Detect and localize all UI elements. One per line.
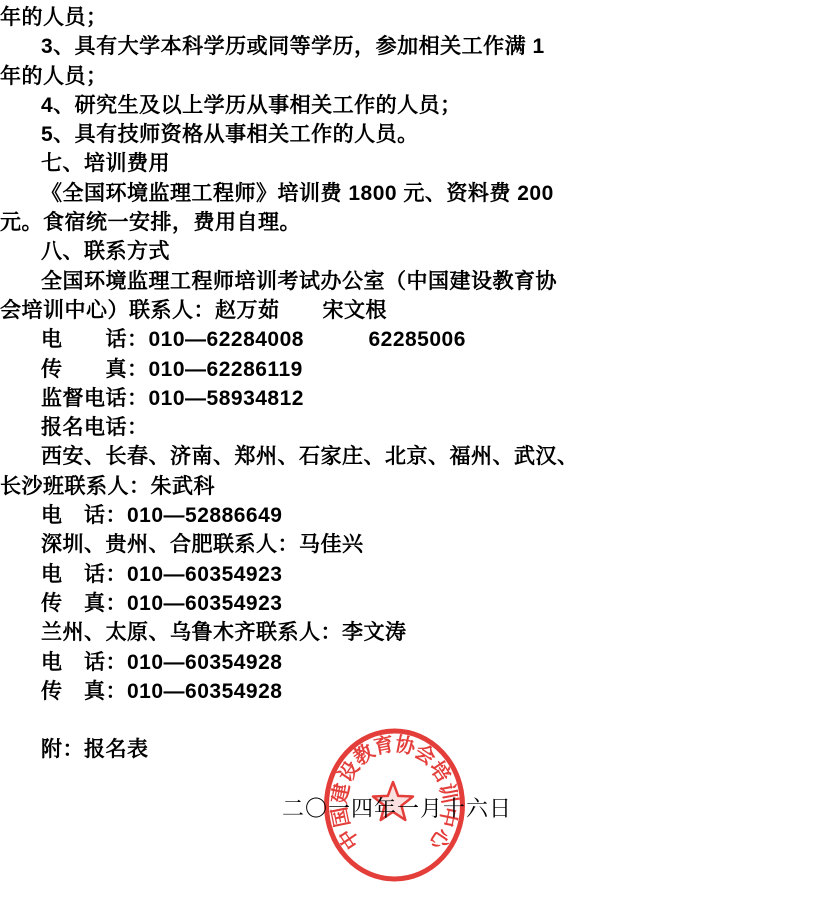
- text-line: 年的人员；: [0, 3, 819, 32]
- text-line: 深圳、贵州、合肥联系人：马佳兴: [0, 530, 819, 559]
- text-line: 电 话：010—60354923: [0, 560, 819, 589]
- text-line: 3、具有大学本科学历或同等学历，参加相关工作满 1: [0, 32, 819, 61]
- text-line: 长沙班联系人：朱武科: [0, 472, 819, 501]
- text-line: 西安、长春、济南、郑州、石家庄、北京、福州、武汉、: [0, 442, 819, 471]
- text-line: 会培训中心）联系人：赵万茹 宋文根: [0, 296, 819, 325]
- document-page: 中国建设教育协会培训中心 年的人员；3、具有大学本科学历或同等学历，参加相关工作…: [0, 0, 819, 923]
- text-line: 兰州、太原、乌鲁木齐联系人：李文涛: [0, 618, 819, 647]
- text-line: 传 真：010—62286119: [0, 355, 819, 384]
- text-line: 报名电话：: [0, 413, 819, 442]
- text-line: 电 话：010—52886649: [0, 501, 819, 530]
- date-line: 二〇一四年一月十六日: [0, 794, 819, 823]
- text-line: 电 话：010—62284008 62285006: [0, 325, 819, 354]
- text-line: 元。食宿统一安排，费用自理。: [0, 208, 819, 237]
- text-line: 八、联系方式: [0, 237, 819, 266]
- text-line: 附：报名表: [0, 735, 819, 764]
- blank-line: [0, 706, 819, 735]
- text-line: 监督电话：010—58934812: [0, 384, 819, 413]
- text-line: 全国环境监理工程师培训考试办公室（中国建设教育协: [0, 267, 819, 296]
- text-line: 电 话：010—60354928: [0, 648, 819, 677]
- text-line: 传 真：010—60354923: [0, 589, 819, 618]
- text-line: 年的人员；: [0, 62, 819, 91]
- blank-line: [0, 765, 819, 794]
- document-body: 年的人员；3、具有大学本科学历或同等学历，参加相关工作满 1年的人员；4、研究生…: [0, 0, 819, 823]
- text-line: 《全国环境监理工程师》培训费 1800 元、资料费 200: [0, 179, 819, 208]
- text-line: 七、培训费用: [0, 149, 819, 178]
- text-line: 传 真：010—60354928: [0, 677, 819, 706]
- text-line: 4、研究生及以上学历从事相关工作的人员；: [0, 91, 819, 120]
- text-line: 5、具有技师资格从事相关工作的人员。: [0, 120, 819, 149]
